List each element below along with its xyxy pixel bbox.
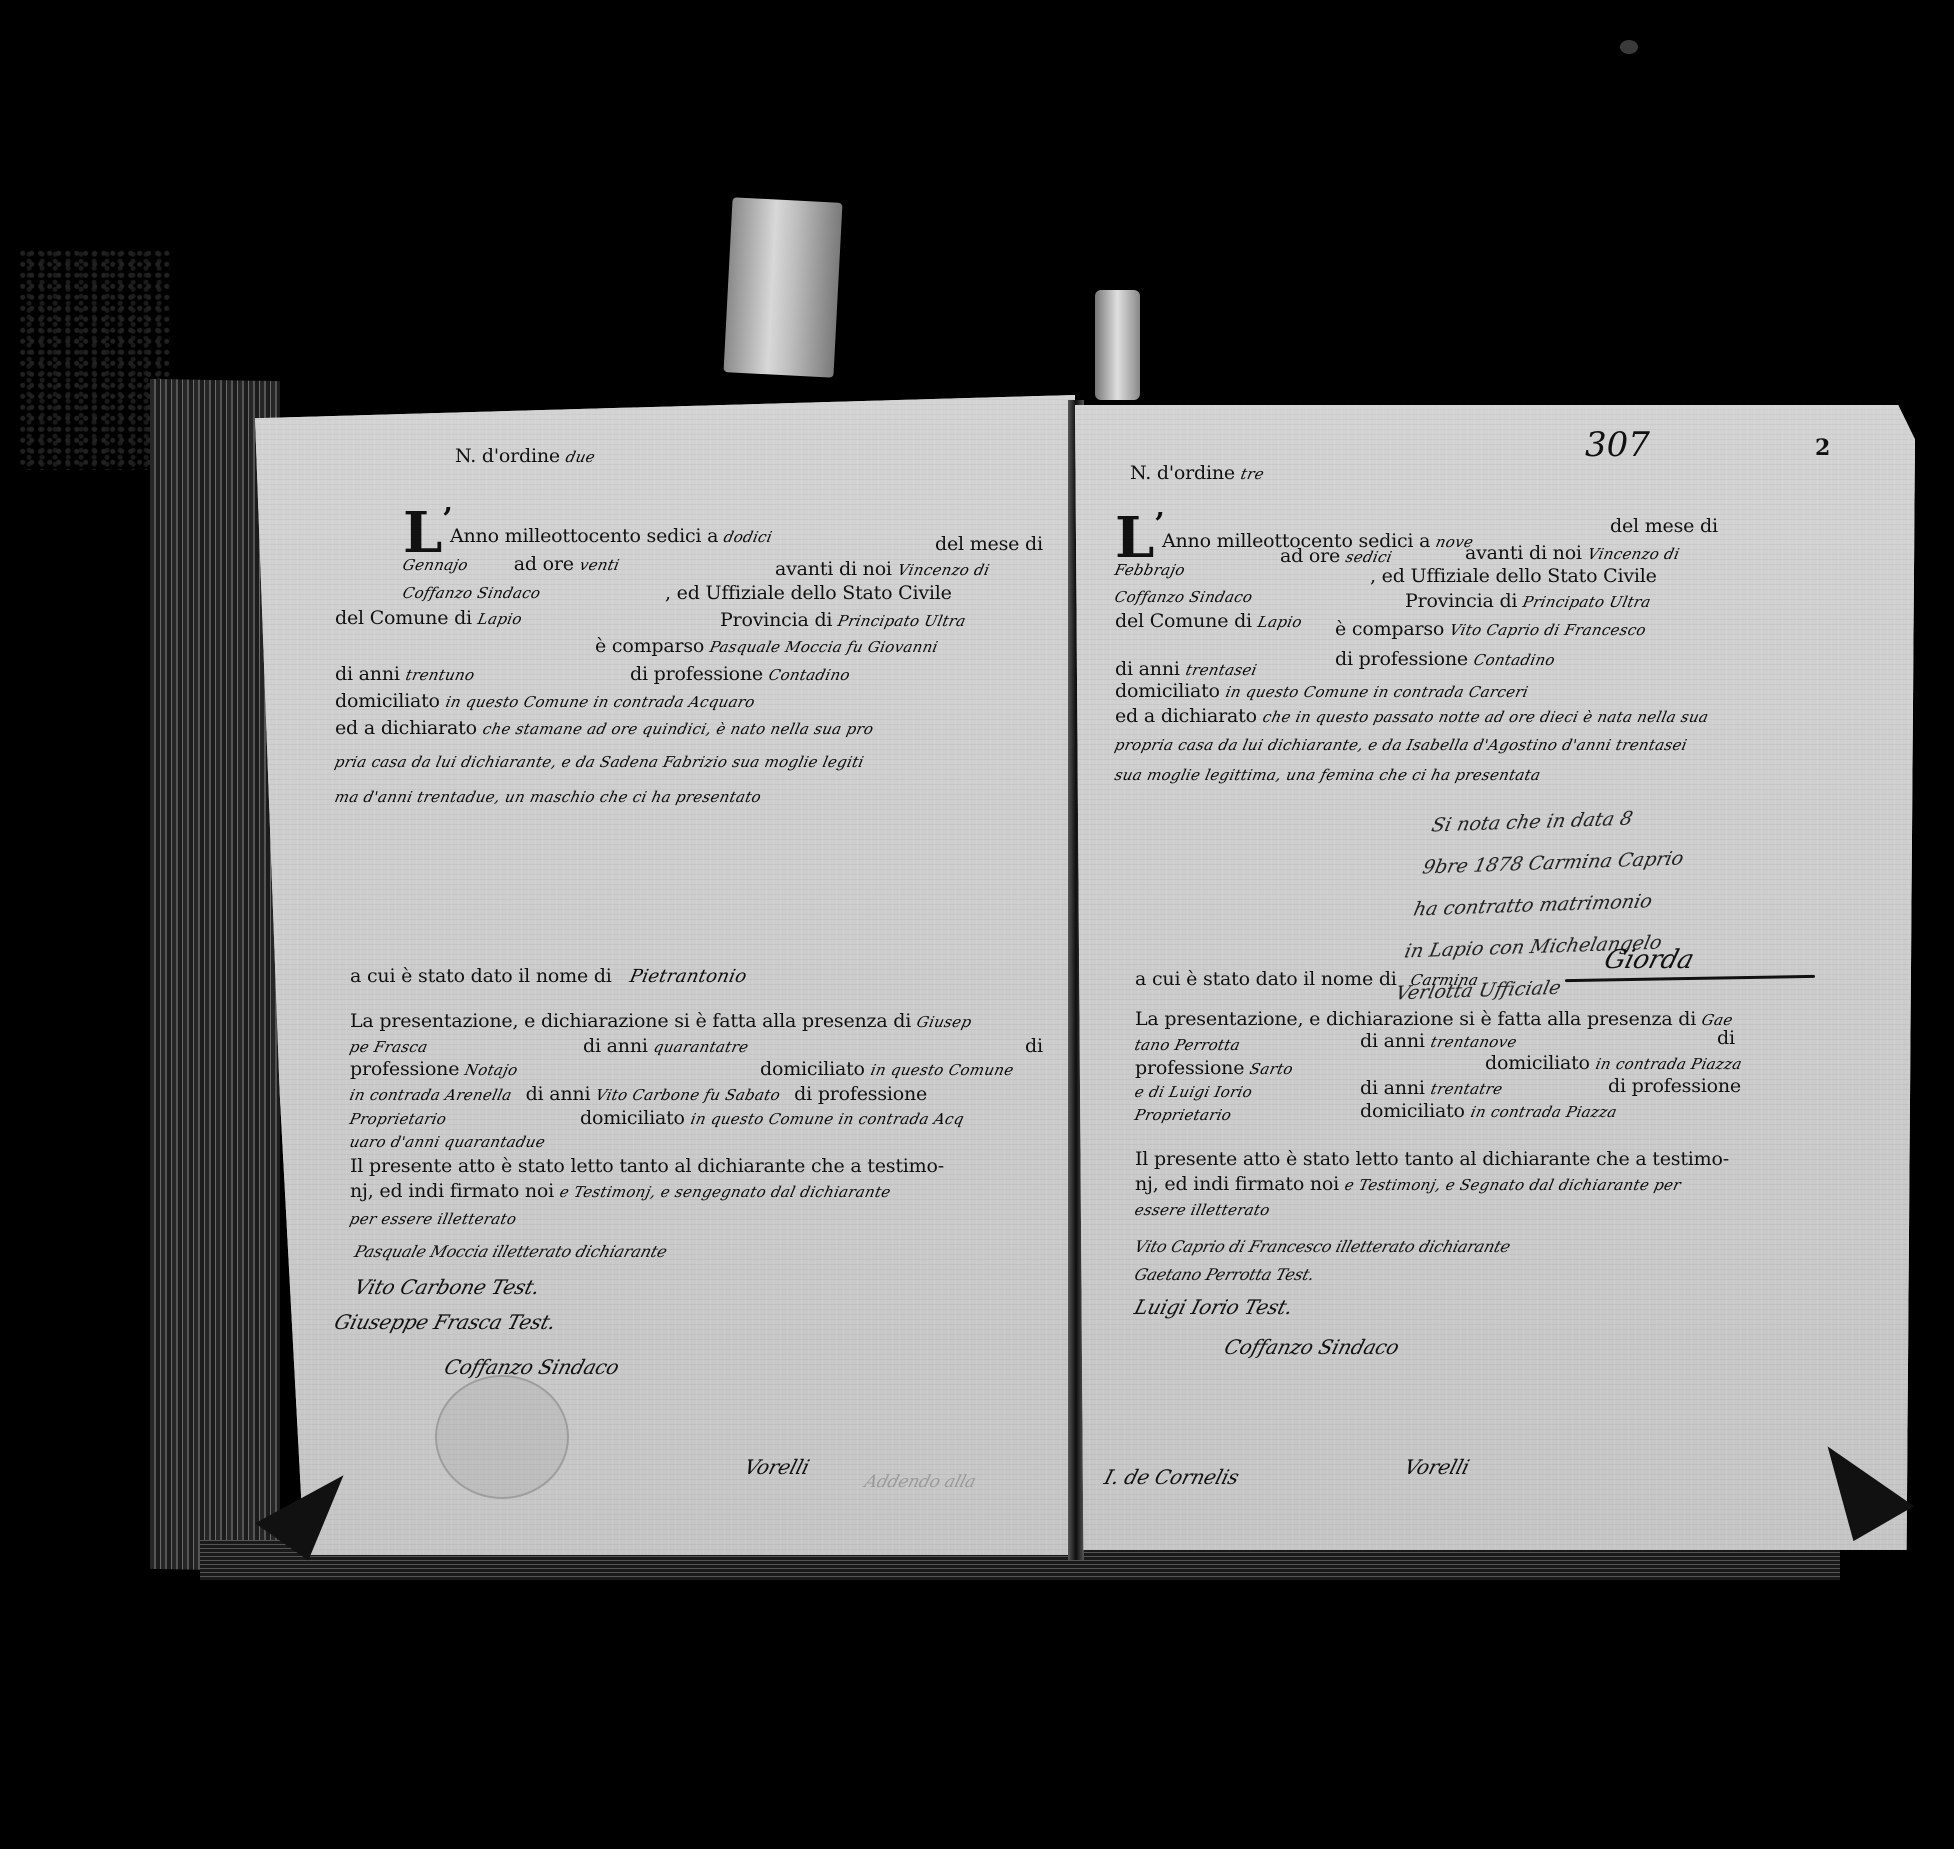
declarant-field: Vito Caprio di Francesco: [1448, 621, 1648, 639]
intro-line-10: sua moglie legittima, una femina che ci …: [1115, 763, 1540, 785]
witness-line-2: pe Frasca: [350, 1035, 428, 1057]
comune-field: Lapio: [476, 610, 524, 628]
age-field: trentuno: [404, 666, 476, 684]
witness-1-domicile: domiciliato in contrada Piazza: [1485, 1052, 1741, 1074]
witness-line-3: professione Notajo: [350, 1058, 518, 1080]
witness-1-domicile: domiciliato in questo Comune: [760, 1058, 1013, 1080]
marginal-signature: Giorda: [1605, 945, 1693, 975]
intro-line-2: Febbrajo: [1115, 558, 1185, 580]
intro-line-4: del Comune di Lapio: [335, 607, 522, 629]
day-field: dodici: [722, 528, 774, 546]
witness-line-1: La presentazione, e dichiarazione si è f…: [1135, 1008, 1733, 1030]
month-field: Gennajo: [401, 556, 470, 574]
order-label: N. d'ordine: [1130, 462, 1235, 484]
child-name-field: Pietrantonio: [627, 966, 748, 987]
order-number-line: N. d'ordine due: [455, 445, 595, 467]
signature-3: Giuseppe Frasca Test.: [335, 1310, 555, 1334]
witness-2-domicile: domiciliato in contrada Piazza: [1360, 1100, 1616, 1122]
intro-line-10: ma d'anni trentadue, un maschio che ci h…: [335, 785, 761, 807]
child-name-field: Carmina: [1409, 971, 1480, 989]
footer-mark-2: Addendo alla: [865, 1470, 975, 1492]
name-given-line: a cui è stato dato il nome di Pietranton…: [350, 965, 746, 987]
footer-mark-2: Vorelli: [1405, 1455, 1469, 1479]
scan-noise: [20, 250, 170, 470]
provincia-field: Principato Ultra: [1521, 593, 1652, 611]
order-number: due: [564, 448, 597, 466]
month-field: Febbrajo: [1113, 561, 1187, 579]
age-field: trentasei: [1184, 661, 1259, 679]
intro-line-5: è comparso Vito Caprio di Francesco: [1335, 618, 1646, 640]
witness-2-profession-label: di professione: [1608, 1075, 1741, 1097]
witness-line-5: Proprietario: [350, 1107, 446, 1129]
intro-line-3: Coffanzo Sindaco: [1115, 585, 1252, 607]
intro-line-4: del Comune di Lapio: [1115, 610, 1302, 632]
witness-2-domicile: domiciliato in questo Comune in contrada…: [580, 1107, 963, 1129]
intro-provincia: Provincia di Principato Ultra: [1405, 590, 1651, 612]
seal-stamp: [435, 1375, 569, 1499]
witness-line-1: La presentazione, e dichiarazione si è f…: [350, 1010, 971, 1032]
intro-line-2: Gennajo ad ore venti: [403, 553, 619, 575]
intro-line-6: di anni trentuno: [335, 663, 474, 685]
signature-4: Coffanzo Sindaco: [445, 1355, 619, 1379]
intro-line-3: Coffanzo Sindaco: [403, 581, 540, 603]
witness-1-age: di anni quarantatre: [583, 1035, 748, 1057]
closing-line-2: nj, ed indi firmato noi e Testimonj, e S…: [1135, 1173, 1681, 1195]
hour-field: venti: [578, 556, 621, 574]
witness-line-6: uaro d'anni quarantadue: [350, 1130, 545, 1152]
intro-line-7: domiciliato in questo Comune in contrada…: [1115, 680, 1528, 702]
intro-line-7: domiciliato in questo Comune in contrada…: [335, 690, 754, 712]
witness-2-age: di anni trentatre: [1360, 1077, 1502, 1099]
signature-3: Luigi Iorio Test.: [1135, 1295, 1292, 1319]
signature-1: Pasquale Moccia illetterato dichiarante: [355, 1240, 667, 1262]
binding-tab: [723, 197, 842, 378]
officer-field: Vincenzo di: [896, 561, 991, 579]
closing-line-1: Il presente atto è stato letto tanto al …: [1135, 1148, 1729, 1170]
intro-line-8: ed a dichiarato che in questo passato no…: [1115, 705, 1708, 727]
footer-mark-1: I. de Cornelis: [1105, 1465, 1239, 1489]
domicile-field: in questo Comune in contrada Carceri: [1224, 683, 1530, 701]
closing-line-1: Il presente atto è stato letto tanto al …: [350, 1155, 944, 1177]
footer-mark-1: Vorelli: [745, 1455, 809, 1479]
scan-speck: [1620, 40, 1638, 54]
intro-officer-label: avanti di noi Vincenzo di: [775, 558, 989, 580]
witness-line-4: in contrada Arenella di anni Vito Carbon…: [350, 1083, 927, 1105]
intro-provincia: Provincia di Principato Ultra: [720, 609, 966, 631]
intro-officer-title: , ed Uffiziale dello Stato Civile: [665, 582, 952, 604]
declaration-field: che in questo passato notte ad ore dieci…: [1261, 708, 1710, 726]
officer-field: Vincenzo di: [1586, 545, 1681, 563]
intro-hour: ad ore sedici: [1280, 545, 1392, 567]
binding-tab-small: [1095, 290, 1140, 400]
profession-field: Contadino: [1472, 651, 1557, 669]
intro-line-6: di anni trentasei: [1115, 658, 1256, 680]
hour-field: sedici: [1344, 548, 1394, 566]
left-page: N. d'ordine due L’ Anno milleottocento s…: [255, 395, 1075, 1555]
witness-line-3: professione Sarto: [1135, 1057, 1293, 1079]
signature-4: Coffanzo Sindaco: [1225, 1335, 1399, 1359]
intro-month-label: del mese di: [935, 533, 1043, 555]
intro-officer-label: avanti di noi Vincenzo di: [1465, 542, 1679, 564]
signature-2: Vito Carbone Test.: [355, 1275, 539, 1299]
witness-line-5: Proprietario: [1135, 1103, 1231, 1125]
name-given-line: a cui è stato dato il nome di Carmina: [1135, 968, 1478, 990]
witness-line-2: tano Perrotta: [1135, 1033, 1240, 1055]
order-number: tre: [1239, 465, 1266, 483]
witness-line-4: e di Luigi Iorio: [1135, 1080, 1252, 1102]
comune-field: Lapio: [1256, 613, 1304, 631]
declaration-field: che stamane ad ore quindici, è nato nell…: [481, 720, 875, 738]
intro-line-9: pria casa da lui dichiarante, e da Saden…: [335, 750, 864, 772]
witness-di: di: [1717, 1027, 1735, 1049]
order-number-line: N. d'ordine tre: [1130, 462, 1264, 484]
right-page: 307 2 N. d'ordine tre L’ Anno milleottoc…: [1075, 405, 1915, 1550]
declarant-field: Pasquale Moccia fu Giovanni: [708, 638, 940, 656]
provincia-field: Principato Ultra: [836, 612, 967, 630]
intro-line-8: ed a dichiarato che stamane ad ore quind…: [335, 717, 873, 739]
closing-line-3: essere illetterato: [1135, 1198, 1270, 1220]
intro-profession: di professione Contadino: [630, 663, 850, 685]
witness-di: di: [1025, 1035, 1043, 1057]
witness-1-age: di anni trentanove: [1360, 1030, 1516, 1052]
intro-line-1: Anno milleottocento sedici a dodici: [450, 525, 772, 547]
intro-profession: di professione Contadino: [1335, 648, 1555, 670]
folio-number: 307: [1585, 425, 1650, 465]
closing-line-2: nj, ed indi firmato noi e Testimonj, e s…: [350, 1180, 891, 1202]
profession-field: Contadino: [767, 666, 852, 684]
signature-2: Gaetano Perrotta Test.: [1135, 1263, 1314, 1285]
intro-line-5: è comparso Pasquale Moccia fu Giovanni: [595, 635, 938, 657]
signature-1: Vito Caprio di Francesco illetterato dic…: [1135, 1235, 1510, 1257]
intro-line-9: propria casa da lui dichiarante, e da Is…: [1115, 733, 1687, 755]
domicile-field: in questo Comune in contrada Acquaro: [444, 693, 757, 711]
page-number: 2: [1815, 435, 1830, 461]
intro-month-label: del mese di: [1610, 515, 1718, 537]
intro-officer-title: , ed Uffiziale dello Stato Civile: [1370, 565, 1657, 587]
closing-line-3: per essere illetterato: [350, 1207, 516, 1229]
order-label: N. d'ordine: [455, 445, 560, 467]
